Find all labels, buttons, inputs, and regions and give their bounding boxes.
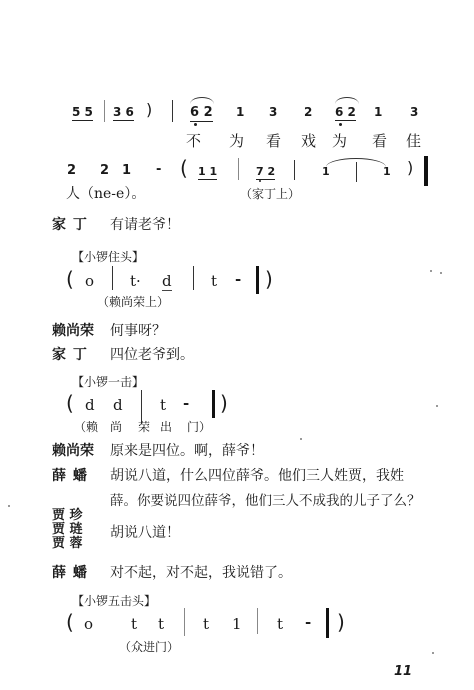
scan-speck xyxy=(8,505,10,507)
beat: t xyxy=(211,272,217,290)
dialogue-line: 有请老爷！ xyxy=(110,214,180,234)
note-group: 6 2 xyxy=(335,105,356,121)
speaker-name: 贾 蓉 xyxy=(52,537,83,550)
beat: t xyxy=(158,615,164,633)
dash: - xyxy=(183,394,189,412)
percussion-title: 【小锣五击头】 xyxy=(72,592,156,609)
dialogue-line: 何事呀？ xyxy=(110,320,166,340)
note: 3 xyxy=(410,105,418,119)
scan-speck xyxy=(300,438,302,440)
paren: ) xyxy=(146,100,152,119)
dash: - xyxy=(156,162,161,177)
speaker-name: 赖尚荣 xyxy=(52,440,94,460)
beat: t xyxy=(203,615,209,633)
note: 1 xyxy=(374,105,382,119)
note: 1 xyxy=(236,105,244,119)
beat: t xyxy=(160,396,166,414)
scan-speck xyxy=(440,272,442,274)
beat: t xyxy=(277,615,283,633)
dialogue-line: 胡说八道，什么四位薛爷。他们三人姓贾，我姓 xyxy=(110,465,404,485)
scan-speck xyxy=(436,405,438,407)
lyric: 看 xyxy=(266,130,281,151)
end-bar xyxy=(326,608,329,638)
low-octave-dot xyxy=(339,123,342,126)
paren: ( xyxy=(66,610,74,634)
speaker-name: 家 丁 xyxy=(52,214,88,234)
dash: - xyxy=(305,613,311,631)
note-group: 6 2 xyxy=(190,105,213,122)
speaker-name: 薛 蟠 xyxy=(52,562,88,582)
note: 1 xyxy=(322,165,330,178)
stage-cue: （家丁上） xyxy=(240,185,300,202)
dialogue-line-cont: 薛。你要说四位薛爷，他们三人不成我的儿子了么？ xyxy=(110,489,421,509)
note: 1 xyxy=(383,165,391,178)
note-group: 1 1 xyxy=(198,165,217,180)
beat: o xyxy=(85,272,94,290)
beat: d xyxy=(162,272,172,291)
dialogue-line: 四位老爷到。 xyxy=(110,344,194,364)
page-number: 11 xyxy=(394,664,412,679)
note-group: 5 5 xyxy=(72,105,93,121)
paren: ( xyxy=(180,156,188,180)
paren: ( xyxy=(66,391,74,415)
lyric: 戏 xyxy=(301,130,316,151)
bar-line xyxy=(172,100,173,122)
lyric: 为 xyxy=(229,130,244,151)
speaker-name: 薛 蟠 xyxy=(52,465,88,485)
bar-line xyxy=(184,608,185,636)
speaker-name: 赖尚荣 xyxy=(52,320,94,340)
slur xyxy=(335,97,359,104)
note: 2 xyxy=(304,105,312,119)
lyric: 佳 xyxy=(406,130,421,151)
stage-cue: （赖 xyxy=(74,418,98,435)
bar-line xyxy=(294,160,295,180)
end-bar xyxy=(212,390,215,418)
beat: o xyxy=(84,615,93,633)
scan-speck xyxy=(432,652,434,654)
scan-speck xyxy=(430,270,432,272)
lyric: 看 xyxy=(372,130,387,151)
lyric: 人（ne-e）。 xyxy=(66,183,145,203)
note: 3 xyxy=(269,105,277,119)
bar-line xyxy=(112,266,113,290)
stage-cue: （众进门） xyxy=(119,638,179,655)
stage-cue: 尚 xyxy=(110,418,122,435)
bar-line xyxy=(257,608,258,634)
dialogue-line: 对不起，对不起，我说错了。 xyxy=(110,562,292,582)
lyric: 为 xyxy=(332,130,347,151)
bar-line xyxy=(104,100,105,122)
slur xyxy=(190,97,214,104)
end-bar xyxy=(424,156,428,186)
end-bar xyxy=(256,266,259,294)
low-octave-dot xyxy=(194,123,197,126)
beat: 1 xyxy=(232,615,242,633)
note: 1 xyxy=(122,163,131,178)
speaker-name: 家 丁 xyxy=(52,344,88,364)
stage-cue: 出 xyxy=(160,418,172,435)
paren: ) xyxy=(265,267,273,291)
beat: t xyxy=(131,615,137,633)
percussion-title: 【小锣一击】 xyxy=(72,373,144,390)
note-group: 3 6 xyxy=(113,105,134,121)
note: 2 xyxy=(67,163,76,178)
dash: - xyxy=(235,270,241,288)
dialogue-line: 原来是四位。啊，薛爷！ xyxy=(110,440,264,460)
bar-line xyxy=(238,158,239,180)
bar-line xyxy=(193,266,194,290)
dialogue-line: 胡说八道！ xyxy=(110,522,180,542)
percussion-title: 【小锣住头】 xyxy=(72,248,144,265)
note: 2 xyxy=(100,163,109,178)
paren: ) xyxy=(407,158,413,177)
beat: t· xyxy=(130,272,141,290)
lyric: 不 xyxy=(186,130,201,151)
paren: ) xyxy=(337,610,345,634)
speaker-name: 贾 珍 xyxy=(52,509,83,522)
beat: d xyxy=(113,396,123,414)
note-group: 7 2 xyxy=(256,165,275,180)
paren: ) xyxy=(220,391,228,415)
paren: ( xyxy=(66,267,74,291)
stage-cue: 荣 xyxy=(138,418,150,435)
bar-line xyxy=(356,162,357,182)
stage-cue: （赖尚荣上） xyxy=(97,293,169,310)
beat: d xyxy=(85,396,95,414)
low-octave-dot xyxy=(259,180,261,182)
stage-cue: 门） xyxy=(187,418,211,435)
speaker-name: 贾 琏 xyxy=(52,523,83,536)
